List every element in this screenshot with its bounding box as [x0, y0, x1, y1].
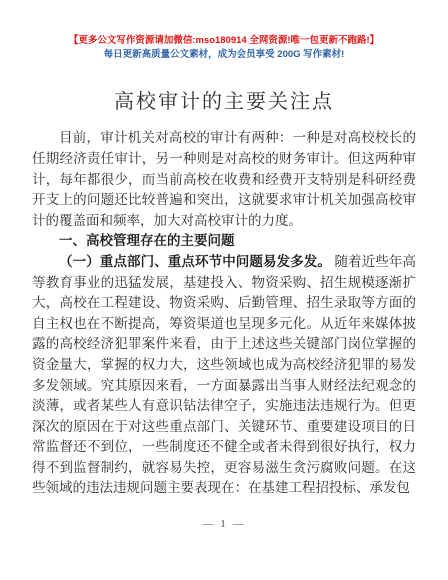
item1-lead: （一）重点部门、重点环节中问题易发多发。 [59, 254, 331, 269]
item1-body: 随着近些年高等教育事业的迅猛发展，基建投入、物资采购、招生规模逐渐扩大，高校在工… [32, 254, 416, 496]
paragraph-item1: （一）重点部门、重点环节中问题易发多发。 随着近些年高等教育事业的迅猛发展，基建… [32, 252, 416, 499]
section-heading-1: 一、高校管理存在的主要问题 [32, 231, 416, 252]
promo-line-1: 【更多公文写作资源请加微信:mso180914 全网资源!唯一包更新不跑路!】 [0, 34, 448, 48]
document-body: 目前，审计机关对高校的审计有两种：一种是对高校校长的任期经济责任审计，另一种则是… [32, 128, 416, 499]
paragraph-intro-text: 目前，审计机关对高校的审计有两种：一种是对高校校长的任期经济责任审计，另一种则是… [32, 130, 416, 227]
promo-line-2: 每日更新高质量公文素材，成为会员享受 200G 写作素材! [0, 48, 448, 62]
paragraph-intro: 目前，审计机关对高校的审计有两种：一种是对高校校长的任期经济责任审计，另一种则是… [32, 128, 416, 231]
document-title: 高校审计的主要关注点 [0, 89, 448, 115]
document-page: 【更多公文写作资源请加微信:mso180914 全网资源!唯一包更新不跑路!】 … [0, 0, 448, 580]
promo-banner: 【更多公文写作资源请加微信:mso180914 全网资源!唯一包更新不跑路!】 … [0, 34, 448, 62]
page-number: — 1 — [0, 518, 448, 530]
